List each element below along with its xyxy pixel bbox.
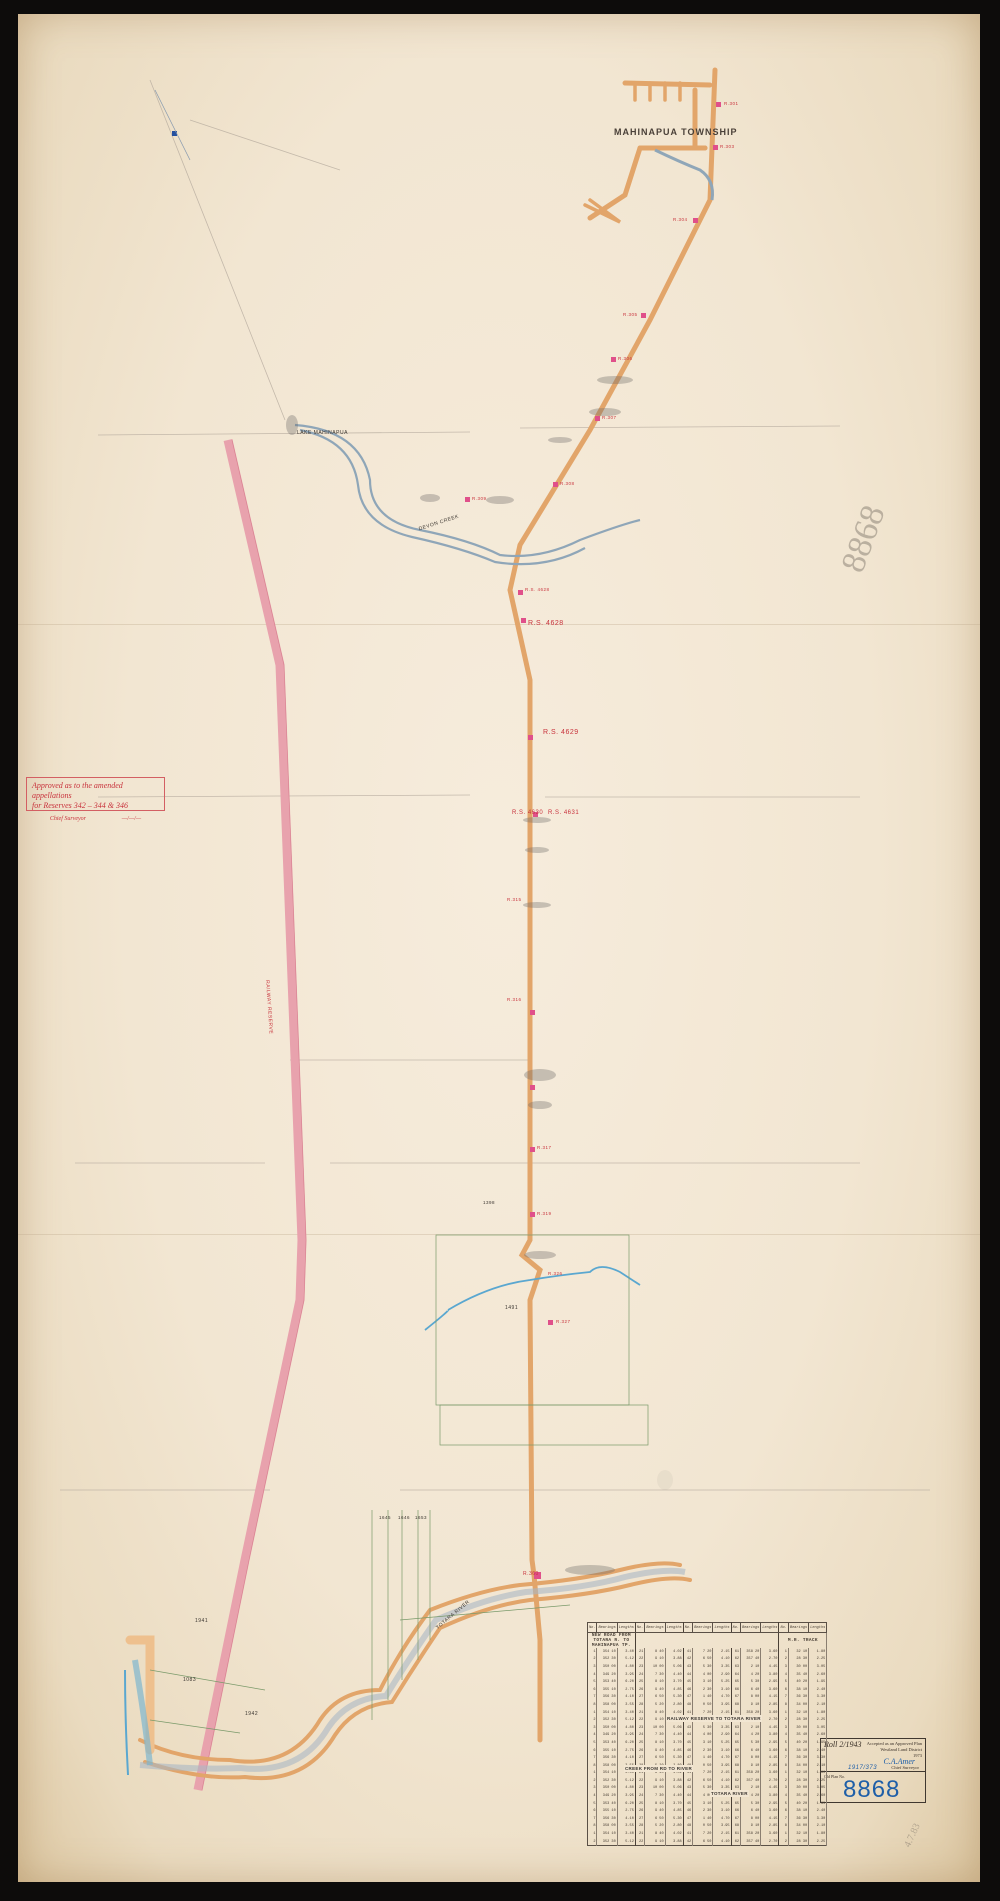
table-cell: 3.30 — [809, 1694, 827, 1702]
table-cell: 36 30 — [788, 1815, 808, 1823]
table-cell: 3.70 — [665, 1678, 683, 1686]
reserve-label: R.308 — [560, 481, 575, 486]
table-row: 2352 305.12229 103.88426 504.1062357 402… — [588, 1656, 827, 1664]
table-cell: 3.05 — [809, 1663, 827, 1671]
table-cell: 356 30 — [597, 1815, 617, 1823]
table-cell: 4 00 — [693, 1671, 713, 1679]
table-row: 8358 003.55285 202.80480 503.95689 102.8… — [588, 1823, 827, 1831]
approval-line-1: Approved as to the amended appellations — [32, 781, 159, 801]
table-cell: 2.85 — [761, 1762, 779, 1770]
table-cell: 1.80 — [809, 1770, 827, 1778]
table-cell: 8 00 — [741, 1815, 761, 1823]
table-cell: 350 00 — [597, 1724, 617, 1732]
reserve-label: R.315 — [507, 897, 522, 902]
table-cell: 3.10 — [713, 1807, 731, 1815]
table-cell: 6 50 — [645, 1754, 665, 1762]
table-cell: 9 10 — [645, 1777, 665, 1785]
table-cell: 68 — [731, 1762, 740, 1770]
table-cell: 2 30 — [693, 1686, 713, 1694]
chief-surveyor-label: Chief Surveyor — [891, 1765, 919, 1770]
table-cell: 2.80 — [665, 1701, 683, 1709]
table-cell: 3.35 — [713, 1724, 731, 1732]
table-cell: 358 20 — [741, 1770, 761, 1778]
reserve-label: R.360 — [523, 1571, 539, 1577]
table-cell: 4.80 — [617, 1785, 635, 1793]
table-cell: 35 40 — [788, 1732, 808, 1740]
table-cell: 62 — [731, 1656, 740, 1664]
table-cell: 3.60 — [761, 1807, 779, 1815]
reserve-label: R.S. 4631 — [548, 810, 579, 816]
table-cell: 3 — [588, 1663, 597, 1671]
table-cell: 5 30 — [741, 1739, 761, 1747]
reserve-label: R.316 — [507, 997, 522, 1002]
section-header: M.R. TRACK — [779, 1633, 827, 1649]
table-cell: 5.12 — [617, 1777, 635, 1785]
table-cell: 358 20 — [741, 1830, 761, 1838]
section-label: 1083 — [183, 1677, 196, 1683]
table-cell: 62 — [731, 1777, 740, 1785]
table-cell: 352 30 — [597, 1777, 617, 1785]
table-cell: 48 — [683, 1823, 692, 1831]
table-cell: 2 10 — [741, 1724, 761, 1732]
table-cell: 38 10 — [788, 1807, 808, 1815]
table-cell: 6 — [588, 1807, 597, 1815]
table-cell: 1 — [779, 1770, 788, 1778]
table-cell: 3.10 — [713, 1686, 731, 1694]
table-cell: 8 00 — [741, 1694, 761, 1702]
table-cell: 27 — [635, 1694, 644, 1702]
table-cell: 5 20 — [645, 1823, 665, 1831]
table-cell: 353 40 — [597, 1800, 617, 1808]
table-cell: 8 — [779, 1701, 788, 1709]
table-cell: 63 — [731, 1724, 740, 1732]
table-cell: 3.80 — [761, 1792, 779, 1800]
table-cell: 358 00 — [597, 1701, 617, 1709]
table-cell: 8 10 — [645, 1800, 665, 1808]
table-cell: 2.15 — [713, 1770, 731, 1778]
table-cell: 1 — [588, 1648, 597, 1656]
table-cell: 3.10 — [713, 1747, 731, 1755]
table-cell: 6 50 — [693, 1656, 713, 1664]
table-cell: 7 — [779, 1815, 788, 1823]
table-cell: 6 40 — [741, 1686, 761, 1694]
table-cell: 4.40 — [665, 1792, 683, 1800]
table-cell: 2.90 — [713, 1671, 731, 1679]
table-cell: 5 — [779, 1739, 788, 1747]
table-cell: 1 — [588, 1709, 597, 1717]
table-cell: 24 — [635, 1792, 644, 1800]
table-cell: 3.05 — [809, 1785, 827, 1793]
reserve-label: R.326 — [548, 1271, 563, 1276]
table-cell: 6 — [779, 1807, 788, 1815]
table-cell: 21 — [635, 1830, 644, 1838]
reserve-label: R.303 — [720, 144, 735, 149]
table-cell: 10 00 — [645, 1663, 665, 1671]
table-cell: 352 30 — [597, 1716, 617, 1724]
table-cell: 28 30 — [788, 1656, 808, 1664]
table-cell: 5.30 — [665, 1694, 683, 1702]
table-cell: 34 00 — [788, 1823, 808, 1831]
reserve-label: R.306 — [618, 356, 633, 361]
table-cell: 4.10 — [617, 1694, 635, 1702]
table-cell: 2.40 — [809, 1686, 827, 1694]
table-cell: 352 30 — [597, 1656, 617, 1664]
table-cell: 3.60 — [761, 1648, 779, 1656]
table-cell: 6 — [588, 1747, 597, 1755]
table-cell: 32 10 — [788, 1709, 808, 1717]
table-cell: 61 — [731, 1830, 740, 1838]
table-cell: 1 40 — [693, 1815, 713, 1823]
col-header: No. — [731, 1623, 740, 1633]
table-cell: 2.60 — [809, 1732, 827, 1740]
table-cell: 5 20 — [645, 1701, 665, 1709]
table-row: 4349 203.95247 304.40444 002.90644 203.8… — [588, 1671, 827, 1679]
table-cell: 21 — [635, 1709, 644, 1717]
table-cell: 2 — [779, 1777, 788, 1785]
table-cell: 66 — [731, 1747, 740, 1755]
table-cell: 3.30 — [809, 1754, 827, 1762]
table-cell: 9 40 — [645, 1686, 665, 1694]
table-header-row: No. Bearings Lengths No. Bearings Length… — [588, 1623, 827, 1633]
table-cell: 4.02 — [665, 1830, 683, 1838]
approval-line-2: for Reserves 342 – 344 & 346 — [32, 801, 159, 811]
table-cell: 62 — [731, 1838, 740, 1846]
col-header: No. — [683, 1623, 692, 1633]
table-cell: 25 — [635, 1739, 644, 1747]
table-cell: 8 — [588, 1701, 597, 1709]
table-cell: 64 — [731, 1732, 740, 1740]
table-cell: 35 40 — [788, 1671, 808, 1679]
table-cell: 45 — [683, 1800, 692, 1808]
table-cell: 2.95 — [761, 1800, 779, 1808]
table-cell: 26 — [635, 1747, 644, 1755]
table-cell: 25 — [635, 1800, 644, 1808]
table-cell: 2.70 — [761, 1716, 779, 1724]
table-cell: 5.30 — [665, 1754, 683, 1762]
col-header: Bearings — [597, 1623, 617, 1633]
table-cell: 6 50 — [645, 1815, 665, 1823]
survey-map-drawing — [0, 0, 1000, 1901]
table-cell: 61 — [731, 1770, 740, 1778]
table-cell: 8 00 — [741, 1754, 761, 1762]
table-cell: 3 — [779, 1785, 788, 1793]
table-row: 3350 004.802310 005.06435 303.35632 104.… — [588, 1785, 827, 1793]
table-cell: 28 — [635, 1823, 644, 1831]
table-cell: 3.55 — [617, 1701, 635, 1709]
table-cell: 350 00 — [597, 1785, 617, 1793]
table-cell: 4.02 — [665, 1648, 683, 1656]
table-cell: 4.10 — [713, 1777, 731, 1785]
table-cell: 43 — [683, 1724, 692, 1732]
table-cell: 2.85 — [761, 1823, 779, 1831]
table-cell: 41 — [683, 1648, 692, 1656]
table-cell: 6 40 — [741, 1747, 761, 1755]
table-cell: 3 10 — [693, 1739, 713, 1747]
table-cell: 44 — [683, 1732, 692, 1740]
section-label: 1645 — [379, 1515, 391, 1520]
table-cell: 6 — [779, 1747, 788, 1755]
table-cell: 4 — [779, 1671, 788, 1679]
table-cell: 355 10 — [597, 1686, 617, 1694]
reserve-label: R.309 — [472, 496, 487, 501]
table-cell: 5 30 — [693, 1724, 713, 1732]
col-header: Lengths — [617, 1623, 635, 1633]
table-cell: 6 50 — [645, 1694, 665, 1702]
reserve-label: R.317 — [537, 1145, 552, 1150]
section-label: 1398 — [483, 1200, 495, 1205]
table-cell: 36 30 — [788, 1754, 808, 1762]
table-cell: 23 — [635, 1724, 644, 1732]
table-cell: 2 10 — [741, 1663, 761, 1671]
table-cell: 353 40 — [597, 1739, 617, 1747]
table-cell: 5 — [588, 1678, 597, 1686]
table-cell: 3.60 — [761, 1830, 779, 1838]
table-cell: 3.60 — [761, 1709, 779, 1717]
table-cell: 3.70 — [665, 1739, 683, 1747]
table-cell: 355 10 — [597, 1747, 617, 1755]
table-cell: 4 — [588, 1671, 597, 1679]
table-cell: 5.12 — [617, 1656, 635, 1664]
table-cell: 4.85 — [665, 1747, 683, 1755]
table-cell: 3.95 — [617, 1671, 635, 1679]
table-cell: 32 10 — [788, 1648, 808, 1656]
table-cell: 7 — [779, 1754, 788, 1762]
table-cell: 2 — [588, 1838, 597, 1846]
table-cell: 23 — [635, 1663, 644, 1671]
table-cell: 9 10 — [741, 1701, 761, 1709]
table-cell: 1.95 — [809, 1800, 827, 1808]
table-cell: 68 — [731, 1823, 740, 1831]
table-cell: 3.05 — [809, 1724, 827, 1732]
table-cell: 1.95 — [809, 1739, 827, 1747]
table-cell: 354 10 — [597, 1770, 617, 1778]
table-cell: 2.15 — [713, 1830, 731, 1838]
table-cell: 1 40 — [693, 1754, 713, 1762]
table-cell: 28 30 — [788, 1838, 808, 1846]
table-cell: 4.10 — [713, 1838, 731, 1846]
table-cell: 4 — [779, 1792, 788, 1800]
table-cell: 41 — [683, 1830, 692, 1838]
table-cell: 4.70 — [713, 1815, 731, 1823]
col-header: No. — [635, 1623, 644, 1633]
reserve-label: R.S. 4630 — [512, 810, 543, 816]
table-cell: 354 10 — [597, 1830, 617, 1838]
table-cell: 4.15 — [761, 1754, 779, 1762]
table-cell: 6.20 — [617, 1739, 635, 1747]
table-cell: 1 — [779, 1830, 788, 1838]
table-cell: 67 — [731, 1815, 740, 1823]
table-cell: 355 10 — [597, 1807, 617, 1815]
table-cell: 35 40 — [788, 1792, 808, 1800]
col-header: Lengths — [809, 1623, 827, 1633]
reserve-label: R.S. 4629 — [543, 729, 579, 736]
table-cell: 4.10 — [617, 1815, 635, 1823]
table-cell: 45 — [683, 1678, 692, 1686]
table-row: 7356 304.10276 505.30471 404.70678 004.1… — [588, 1815, 827, 1823]
table-cell: 352 30 — [597, 1838, 617, 1846]
table-cell: 7 30 — [645, 1732, 665, 1740]
table-cell: 3.80 — [761, 1671, 779, 1679]
table-cell: 1.80 — [809, 1648, 827, 1656]
table-row: 6355 102.75269 404.85462 303.10666 403.6… — [588, 1747, 827, 1755]
table-cell: 48 — [683, 1701, 692, 1709]
table-cell: 2 — [779, 1656, 788, 1664]
table-cell: 8 — [779, 1762, 788, 1770]
table-cell: 3.88 — [665, 1838, 683, 1846]
table-cell: 63 — [731, 1663, 740, 1671]
table-cell: 8 10 — [645, 1678, 665, 1686]
col-header: Bearings — [788, 1623, 808, 1633]
table-cell: 9 10 — [741, 1823, 761, 1831]
table-row: 4349 203.95247 304.40444 002.90644 203.8… — [588, 1732, 827, 1740]
table-cell: 40 20 — [788, 1739, 808, 1747]
table-cell: 2 — [588, 1777, 597, 1785]
table-cell: 30 00 — [788, 1785, 808, 1793]
section-header: NEW ROAD FROM TOTARA R. TO MAHINAPUA TP. — [588, 1633, 636, 1649]
table-cell: 8 — [588, 1823, 597, 1831]
table-cell: 1 — [779, 1648, 788, 1656]
table-cell: 353 40 — [597, 1678, 617, 1686]
table-cell: 38 10 — [788, 1747, 808, 1755]
table-cell: 4.70 — [713, 1754, 731, 1762]
table-cell: 7 — [588, 1694, 597, 1702]
table-row: 5353 406.20258 103.70453 105.25655 302.9… — [588, 1739, 827, 1747]
table-cell: 27 — [635, 1754, 644, 1762]
table-section-label: TOTARA RIVER — [710, 1790, 749, 1797]
table-cell: 1 — [588, 1830, 597, 1838]
table-cell: 4 20 — [741, 1671, 761, 1679]
table-cell: 4.15 — [761, 1694, 779, 1702]
table-cell: 3.55 — [617, 1823, 635, 1831]
table-cell: 9 10 — [645, 1656, 665, 1664]
table-cell: 0 50 — [693, 1762, 713, 1770]
table-cell: 21 — [635, 1648, 644, 1656]
table-cell: 7 20 — [693, 1830, 713, 1838]
table-cell: 8 — [588, 1762, 597, 1770]
table-cell: 64 — [731, 1671, 740, 1679]
table-cell: 358 00 — [597, 1762, 617, 1770]
table-cell: 3.40 — [617, 1648, 635, 1656]
table-cell: 356 30 — [597, 1754, 617, 1762]
table-cell: 5 — [588, 1800, 597, 1808]
col-header: Lengths — [761, 1623, 779, 1633]
table-cell: 4 — [779, 1732, 788, 1740]
table-cell: 2.60 — [809, 1671, 827, 1679]
table-cell: 65 — [731, 1678, 740, 1686]
table-cell: 22 — [635, 1777, 644, 1785]
table-row: 5353 406.20258 103.70453 105.25655 302.9… — [588, 1800, 827, 1808]
table-row: 1354 103.40218 404.02417 202.1561358 203… — [588, 1830, 827, 1838]
table-cell: 8 40 — [645, 1648, 665, 1656]
table-cell: 354 10 — [597, 1709, 617, 1717]
table-cell: 2.25 — [809, 1777, 827, 1785]
table-cell: 2.15 — [713, 1648, 731, 1656]
table-cell: 0 50 — [693, 1823, 713, 1831]
reserve-label: R.319 — [537, 1211, 552, 1216]
table-cell: 4.45 — [761, 1785, 779, 1793]
table-cell: 3 10 — [693, 1678, 713, 1686]
table-cell: 32 10 — [788, 1830, 808, 1838]
table-cell: 10 00 — [645, 1785, 665, 1793]
table-cell: 65 — [731, 1739, 740, 1747]
table-cell: 42 — [683, 1777, 692, 1785]
table-cell: 6 50 — [693, 1838, 713, 1846]
table-cell: 9 10 — [741, 1762, 761, 1770]
table-cell: 7 — [588, 1754, 597, 1762]
table-cell: 24 — [635, 1671, 644, 1679]
table-cell: 4.10 — [617, 1754, 635, 1762]
table-cell: 9 40 — [645, 1747, 665, 1755]
traverse-table: No. Bearings Lengths No. Bearings Length… — [587, 1622, 827, 1846]
table-cell: 8 40 — [645, 1830, 665, 1838]
table-row: 6355 102.75269 404.85462 303.10666 403.6… — [588, 1807, 827, 1815]
table-cell: 356 30 — [597, 1694, 617, 1702]
table-cell: 43 — [683, 1663, 692, 1671]
table-cell: 4.40 — [665, 1671, 683, 1679]
table-cell: 6 50 — [693, 1777, 713, 1785]
table-cell: 1 40 — [693, 1694, 713, 1702]
table-cell: 354 10 — [597, 1648, 617, 1656]
table-cell: 4.45 — [761, 1663, 779, 1671]
table-cell: 1 — [588, 1770, 597, 1778]
table-cell: 4 — [588, 1732, 597, 1740]
table-row: 5353 406.20258 103.70453 105.25655 302.9… — [588, 1678, 827, 1686]
table-cell: 0 50 — [693, 1701, 713, 1709]
reserve-label: R.327 — [556, 1319, 571, 1324]
table-cell: 40 20 — [788, 1800, 808, 1808]
table-cell: 34 00 — [788, 1762, 808, 1770]
table-cell: 42 — [683, 1656, 692, 1664]
table-cell: 3 — [588, 1724, 597, 1732]
table-cell: 44 — [683, 1671, 692, 1679]
col-header: Lengths — [713, 1623, 731, 1633]
table-row: 2352 305.12229 103.88426 504.1062357 402… — [588, 1777, 827, 1785]
table-cell: 2.90 — [713, 1732, 731, 1740]
table-cell: 45 — [683, 1739, 692, 1747]
table-cell: 27 — [635, 1815, 644, 1823]
table-cell: 2.70 — [761, 1656, 779, 1664]
table-cell: 32 10 — [788, 1770, 808, 1778]
col-header: Bearings — [693, 1623, 713, 1633]
table-cell: 22 — [635, 1838, 644, 1846]
table-cell: 2.40 — [809, 1747, 827, 1755]
table-cell: 5 — [779, 1800, 788, 1808]
table-cell: 349 20 — [597, 1671, 617, 1679]
table-row: 7356 304.10276 505.30471 404.70678 004.1… — [588, 1694, 827, 1702]
table-cell: 3.95 — [617, 1732, 635, 1740]
table-section-label: RAILWAY RESERVE TO TOTARA RIVER — [666, 1715, 762, 1722]
table-cell: 8 40 — [645, 1709, 665, 1717]
table-row: 8358 003.55285 202.80480 503.95689 102.8… — [588, 1701, 827, 1709]
table-cell: 5.25 — [713, 1800, 731, 1808]
table-cell: 3.40 — [617, 1830, 635, 1838]
table-cell: 10 00 — [645, 1724, 665, 1732]
table-cell: 4.70 — [713, 1694, 731, 1702]
plan-number: 8868 — [843, 1776, 900, 1804]
table-section-label: CREEK FROM RD TO RIVER — [624, 1765, 693, 1772]
table-cell: 6 40 — [741, 1807, 761, 1815]
table-cell: 5 — [588, 1739, 597, 1747]
table-cell: 44 — [683, 1792, 692, 1800]
reserve-label: R.S. 4628 — [525, 587, 550, 592]
table-cell: 1 — [779, 1709, 788, 1717]
table-cell: 43 — [683, 1785, 692, 1793]
table-cell: 2.40 — [809, 1807, 827, 1815]
table-cell: 5.06 — [665, 1663, 683, 1671]
table-cell: 47 — [683, 1694, 692, 1702]
approval-date: —/—/— — [122, 814, 141, 824]
reserve-label: R.307 — [602, 415, 617, 420]
